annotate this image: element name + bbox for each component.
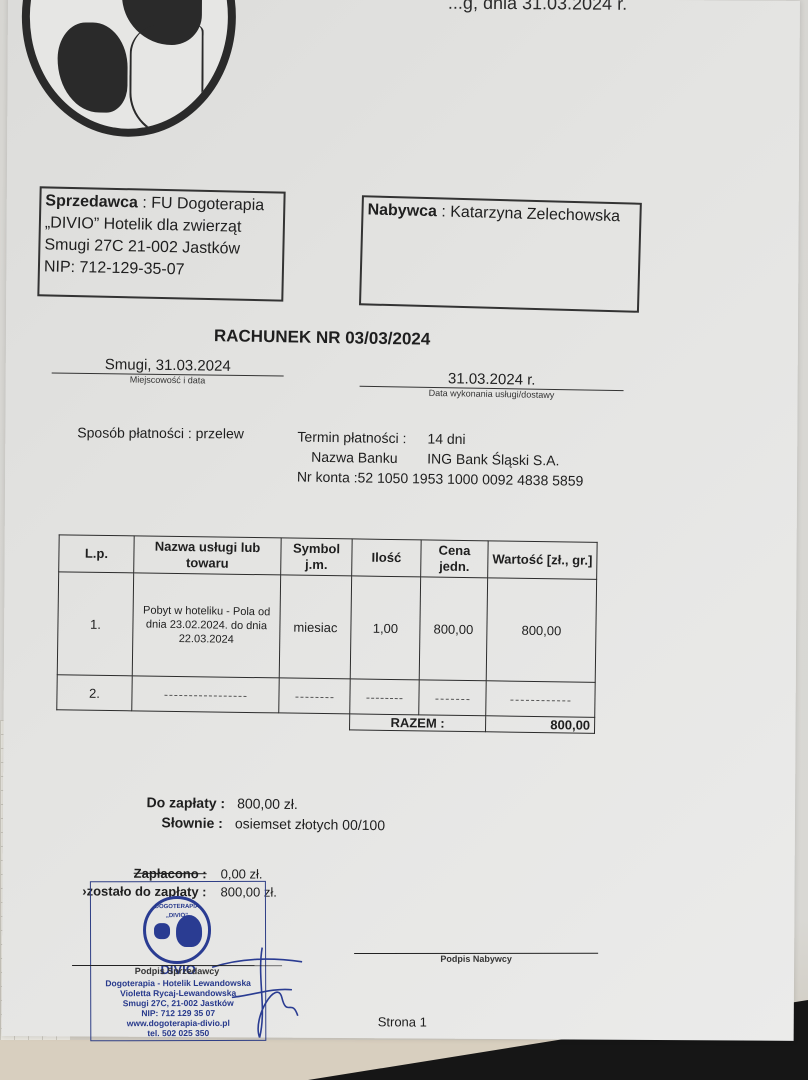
seller-signature: Podpis Sprzedawcy [72, 965, 282, 976]
col-header-price: Cena jedn. [421, 540, 489, 578]
payment-details: Termin płatności : 14 dni Nazwa Banku IN… [297, 427, 584, 491]
dash-line [435, 698, 470, 699]
seller-nip: NIP: 712-129-35-07 [44, 256, 278, 283]
cell-value-empty [486, 681, 595, 718]
header-date: ...g, dnia 31.03.2024 r. [448, 0, 627, 15]
stamp-figure-shape [176, 915, 202, 947]
total-label: RAZEM : [350, 714, 486, 732]
seller-name: FU Dogoterapia [151, 195, 264, 214]
payment-term-value: 14 dni [427, 428, 465, 449]
amount-due-block: Do zapłaty :800,00 zł. Słownie :osiemset… [127, 792, 386, 835]
page-number: Strona 1 [378, 1014, 427, 1029]
account-number: 52 1050 1953 1000 0092 4838 5859 [357, 467, 583, 490]
paid-value: 0,00 zł. [221, 866, 263, 881]
col-header-name: Nazwa usługi lub towaru [134, 536, 282, 575]
dash-line [164, 694, 247, 696]
cell-unit: miesiac [279, 575, 351, 679]
bank-name-label: Nazwa Banku [311, 447, 427, 469]
payment-method: Sposób płatności : przelew [77, 422, 244, 443]
dash-line [296, 696, 333, 698]
buyer-label: Nabywca [367, 201, 437, 220]
payment-term-label: Termin płatności : [297, 427, 427, 449]
buyer-signature: Podpis Nabywcy [354, 953, 598, 964]
payment-method-value: przelew [196, 425, 244, 441]
seller-label: Sprzedawca [45, 192, 138, 211]
buyer-line: Nabywca : Katarzyna Zelechowska [367, 199, 635, 228]
items-table: L.p. Nazwa usługi lub towaru Symbol j.m.… [56, 534, 598, 734]
stamp-dog-shape [154, 923, 170, 939]
col-header-lp: L.p. [59, 535, 135, 573]
cell-qty: 1,00 [350, 576, 420, 680]
items-table-wrapper: L.p. Nazwa usługi lub towaru Symbol j.m.… [56, 534, 598, 734]
cell-price: 800,00 [419, 577, 487, 681]
place-date-caption: Miejscowość i data [52, 373, 284, 386]
invoice-sheet: ...g, dnia 31.03.2024 r. Sprzedawca : FU… [2, 0, 800, 1041]
logo-face-outline [129, 25, 204, 137]
seller-signature-caption: Podpis Sprzedawcy [72, 966, 282, 976]
amount-words-row: Słownie :osiemset złotych 00/100 [127, 812, 385, 835]
col-header-qty: Ilość [352, 539, 422, 577]
col-header-value: Wartość [zł., gr.] [488, 541, 598, 580]
col-header-unit: Symbol j.m. [281, 538, 353, 576]
cell-qty-empty [350, 679, 419, 715]
table-row: 1. Pobyt w hoteliku - Pola od dnia 23.02… [57, 572, 596, 683]
cell-lp: 2. [57, 675, 132, 711]
payment-method-label: Sposób płatności : [77, 424, 195, 441]
cell-price-empty [419, 680, 486, 716]
cell-unit-empty [279, 678, 350, 714]
company-logo [21, 0, 236, 137]
cell-lp: 1. [57, 572, 133, 676]
buyer-name: Katarzyna Zelechowska [450, 204, 620, 226]
bank-name-value: ING Bank Śląski S.A. [427, 448, 560, 470]
buyer-signature-caption: Podpis Nabywcy [354, 954, 598, 964]
buyer-box: Nabywca : Katarzyna Zelechowska [359, 195, 642, 313]
place-and-date: Smugi, 31.03.2024 Miejscowość i data [52, 355, 284, 386]
total-value: 800,00 [485, 716, 594, 734]
cell-name-empty [132, 676, 279, 713]
handwritten-signature [202, 937, 313, 1048]
account-label: Nr konta : [297, 467, 358, 488]
seller-box: Sprzedawca : FU Dogoterapia „DIVIO” Hote… [37, 186, 285, 301]
account-row: Nr konta : 52 1050 1953 1000 0092 4838 5… [297, 467, 584, 491]
cell-value: 800,00 [486, 578, 596, 683]
cell-name: Pobyt w hoteliku - Pola od dnia 23.02.20… [132, 573, 280, 678]
logo-dog-shape [57, 22, 128, 112]
execution-date: 31.03.2024 r. Data wykonania usługi/dost… [359, 369, 623, 401]
invoice-title: RACHUNEK NR 03/03/2024 [214, 326, 431, 350]
amount-due-label: Do zapłaty : [127, 792, 225, 813]
dash-line [510, 699, 570, 701]
amount-words-label: Słownie : [143, 812, 223, 833]
amount-due-value: 800,00 zł. [237, 795, 298, 812]
dash-line [366, 697, 402, 699]
stamp-seal: DOGOTERAPIA „DIVIO” [143, 896, 211, 964]
amount-words-value: osiemset złotych 00/100 [235, 815, 385, 833]
